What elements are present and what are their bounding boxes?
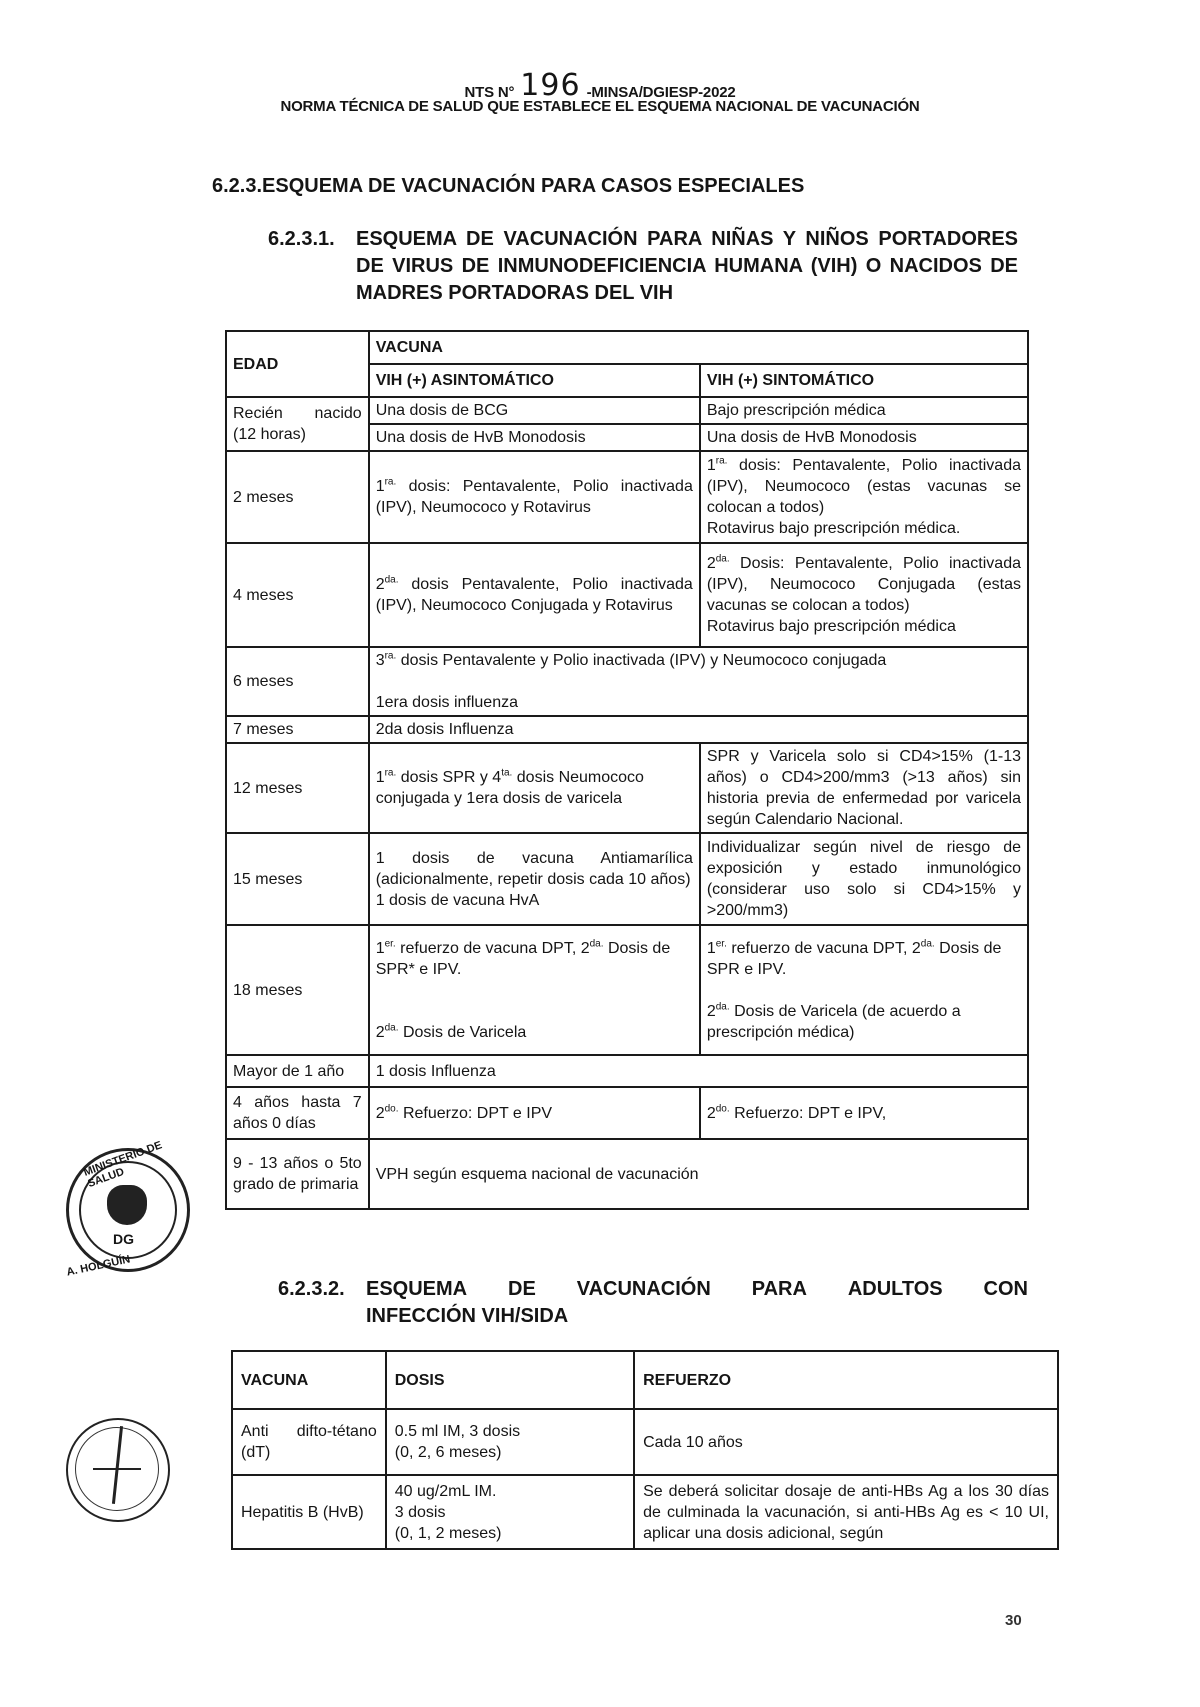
subsection-2-title: ESQUEMA DE VACUNACIÓN PARA ADULTOS CON I… — [366, 1276, 1028, 1330]
subsection-1-number: 6.2.3.1. — [268, 226, 335, 253]
table-row: 4 meses 2da. dosis Pentavalente, Polio i… — [226, 543, 1028, 647]
header-dosis: DOSIS — [386, 1351, 634, 1409]
table-row: 4 años hasta 7 años 0 días 2do. Refuerzo… — [226, 1087, 1028, 1139]
header-refuerzo: REFUERZO — [634, 1351, 1058, 1409]
table-row: 9 - 13 años o 5to grado de primaria VPH … — [226, 1139, 1028, 1209]
subsection-2-number: 6.2.3.2. — [278, 1276, 345, 1303]
directorate-stamp — [66, 1418, 170, 1522]
section-title: 6.2.3.ESQUEMA DE VACUNACIÓN PARA CASOS E… — [212, 175, 804, 198]
cell-sintomatico: 1ra. dosis: Pentavalente, Polio inactiva… — [700, 451, 1028, 543]
header-sintomatico: VIH (+) SINTOMÁTICO — [700, 364, 1028, 397]
cell-vacuna: Anti difto-tétano (dT) — [232, 1409, 386, 1475]
cell-sintomatico: Una dosis de HvB Monodosis — [700, 424, 1028, 451]
cell-asintomatico: 2do. Refuerzo: DPT e IPV — [369, 1087, 700, 1139]
coat-of-arms-icon — [107, 1185, 147, 1225]
table-row: 15 meses 1 dosis de vacuna Antiamarílica… — [226, 833, 1028, 925]
cell-edad: 9 - 13 años o 5to grado de primaria — [226, 1139, 369, 1209]
table-row: 7 meses 2da dosis Influenza — [226, 716, 1028, 743]
cell-both: 1 dosis Influenza — [369, 1055, 1028, 1087]
cell-asintomatico: 2da. dosis Pentavalente, Polio inactivad… — [369, 543, 700, 647]
header-asintomatico: VIH (+) ASINTOMÁTICO — [369, 364, 700, 397]
table-row: Recién nacido (12 horas) Una dosis de BC… — [226, 397, 1028, 424]
cell-both: VPH según esquema nacional de vacunación — [369, 1139, 1028, 1209]
header-edad: EDAD — [226, 331, 369, 397]
cell-both: 3ra. dosis Pentavalente y Polio inactiva… — [369, 647, 1028, 716]
cell-edad: Recién nacido (12 horas) — [226, 397, 369, 451]
table-row: Anti difto-tétano (dT) 0.5 ml IM, 3 dosi… — [232, 1409, 1058, 1475]
header-vacuna: VACUNA — [369, 331, 1028, 364]
document-subtitle: NORMA TÉCNICA DE SALUD QUE ESTABLECE EL … — [0, 98, 1200, 115]
cell-both: 2da dosis Influenza — [369, 716, 1028, 743]
cell-edad: 12 meses — [226, 743, 369, 833]
cell-edad: 2 meses — [226, 451, 369, 543]
table-row: 18 meses 1er. refuerzo de vacuna DPT, 2d… — [226, 925, 1028, 1055]
table-row: Hepatitis B (HvB) 40 ug/2mL IM.3 dosis(0… — [232, 1475, 1058, 1549]
cell-edad: 7 meses — [226, 716, 369, 743]
adult-hiv-vaccination-table: VACUNA DOSIS REFUERZO Anti difto-tétano … — [231, 1350, 1059, 1550]
cell-asintomatico: 1er. refuerzo de vacuna DPT, 2da. Dosis … — [369, 925, 700, 1055]
table-row: 2 meses 1ra. dosis: Pentavalente, Polio … — [226, 451, 1028, 543]
cell-sintomatico: 1er. refuerzo de vacuna DPT, 2da. Dosis … — [700, 925, 1028, 1055]
cell-asintomatico: Una dosis de BCG — [369, 397, 700, 424]
cell-dosis: 0.5 ml IM, 3 dosis(0, 2, 6 meses) — [386, 1409, 634, 1475]
cell-sintomatico: Individualizar según nivel de riesgo de … — [700, 833, 1028, 925]
cell-sintomatico: 2da. Dosis: Pentavalente, Polio inactiva… — [700, 543, 1028, 647]
table-row: 6 meses 3ra. dosis Pentavalente y Polio … — [226, 647, 1028, 716]
cell-refuerzo: Cada 10 años — [634, 1409, 1058, 1475]
page-number: 30 — [1005, 1612, 1022, 1629]
subsection-1-heading: 6.2.3.1. ESQUEMA DE VACUNACIÓN PARA NIÑA… — [268, 226, 1018, 307]
subsection-1-title: ESQUEMA DE VACUNACIÓN PARA NIÑAS Y NIÑOS… — [356, 226, 1018, 307]
cell-edad: 15 meses — [226, 833, 369, 925]
children-hiv-vaccination-table: EDAD VACUNA VIH (+) ASINTOMÁTICO VIH (+)… — [225, 330, 1029, 1210]
cell-vacuna: Hepatitis B (HvB) — [232, 1475, 386, 1549]
header-vacuna: VACUNA — [232, 1351, 386, 1409]
cell-edad: 4 años hasta 7 años 0 días — [226, 1087, 369, 1139]
cell-asintomatico: 1ra. dosis SPR y 4ta. dosis Neumococo co… — [369, 743, 700, 833]
subsection-2-heading: 6.2.3.2. ESQUEMA DE VACUNACIÓN PARA ADUL… — [278, 1276, 1028, 1330]
cell-edad: 4 meses — [226, 543, 369, 647]
table-row: 12 meses 1ra. dosis SPR y 4ta. dosis Neu… — [226, 743, 1028, 833]
cell-sintomatico: SPR y Varicela solo si CD4>15% (1-13 año… — [700, 743, 1028, 833]
cell-asintomatico: 1 dosis de vacuna Antiamarílica (adicion… — [369, 833, 700, 925]
table-row: Mayor de 1 año 1 dosis Influenza — [226, 1055, 1028, 1087]
cell-dosis: 40 ug/2mL IM.3 dosis(0, 1, 2 meses) — [386, 1475, 634, 1549]
cell-asintomatico: 1ra. dosis: Pentavalente, Polio inactiva… — [369, 451, 700, 543]
cell-edad: Mayor de 1 año — [226, 1055, 369, 1087]
cell-refuerzo: Se deberá solicitar dosaje de anti-HBs A… — [634, 1475, 1058, 1549]
cell-edad: 18 meses — [226, 925, 369, 1055]
cell-edad: 6 meses — [226, 647, 369, 716]
cell-sintomatico: Bajo prescripción médica — [700, 397, 1028, 424]
stamp-center-text: DG — [113, 1231, 134, 1247]
cell-asintomatico: Una dosis de HvB Monodosis — [369, 424, 700, 451]
cell-sintomatico: 2do. Refuerzo: DPT e IPV, — [700, 1087, 1028, 1139]
